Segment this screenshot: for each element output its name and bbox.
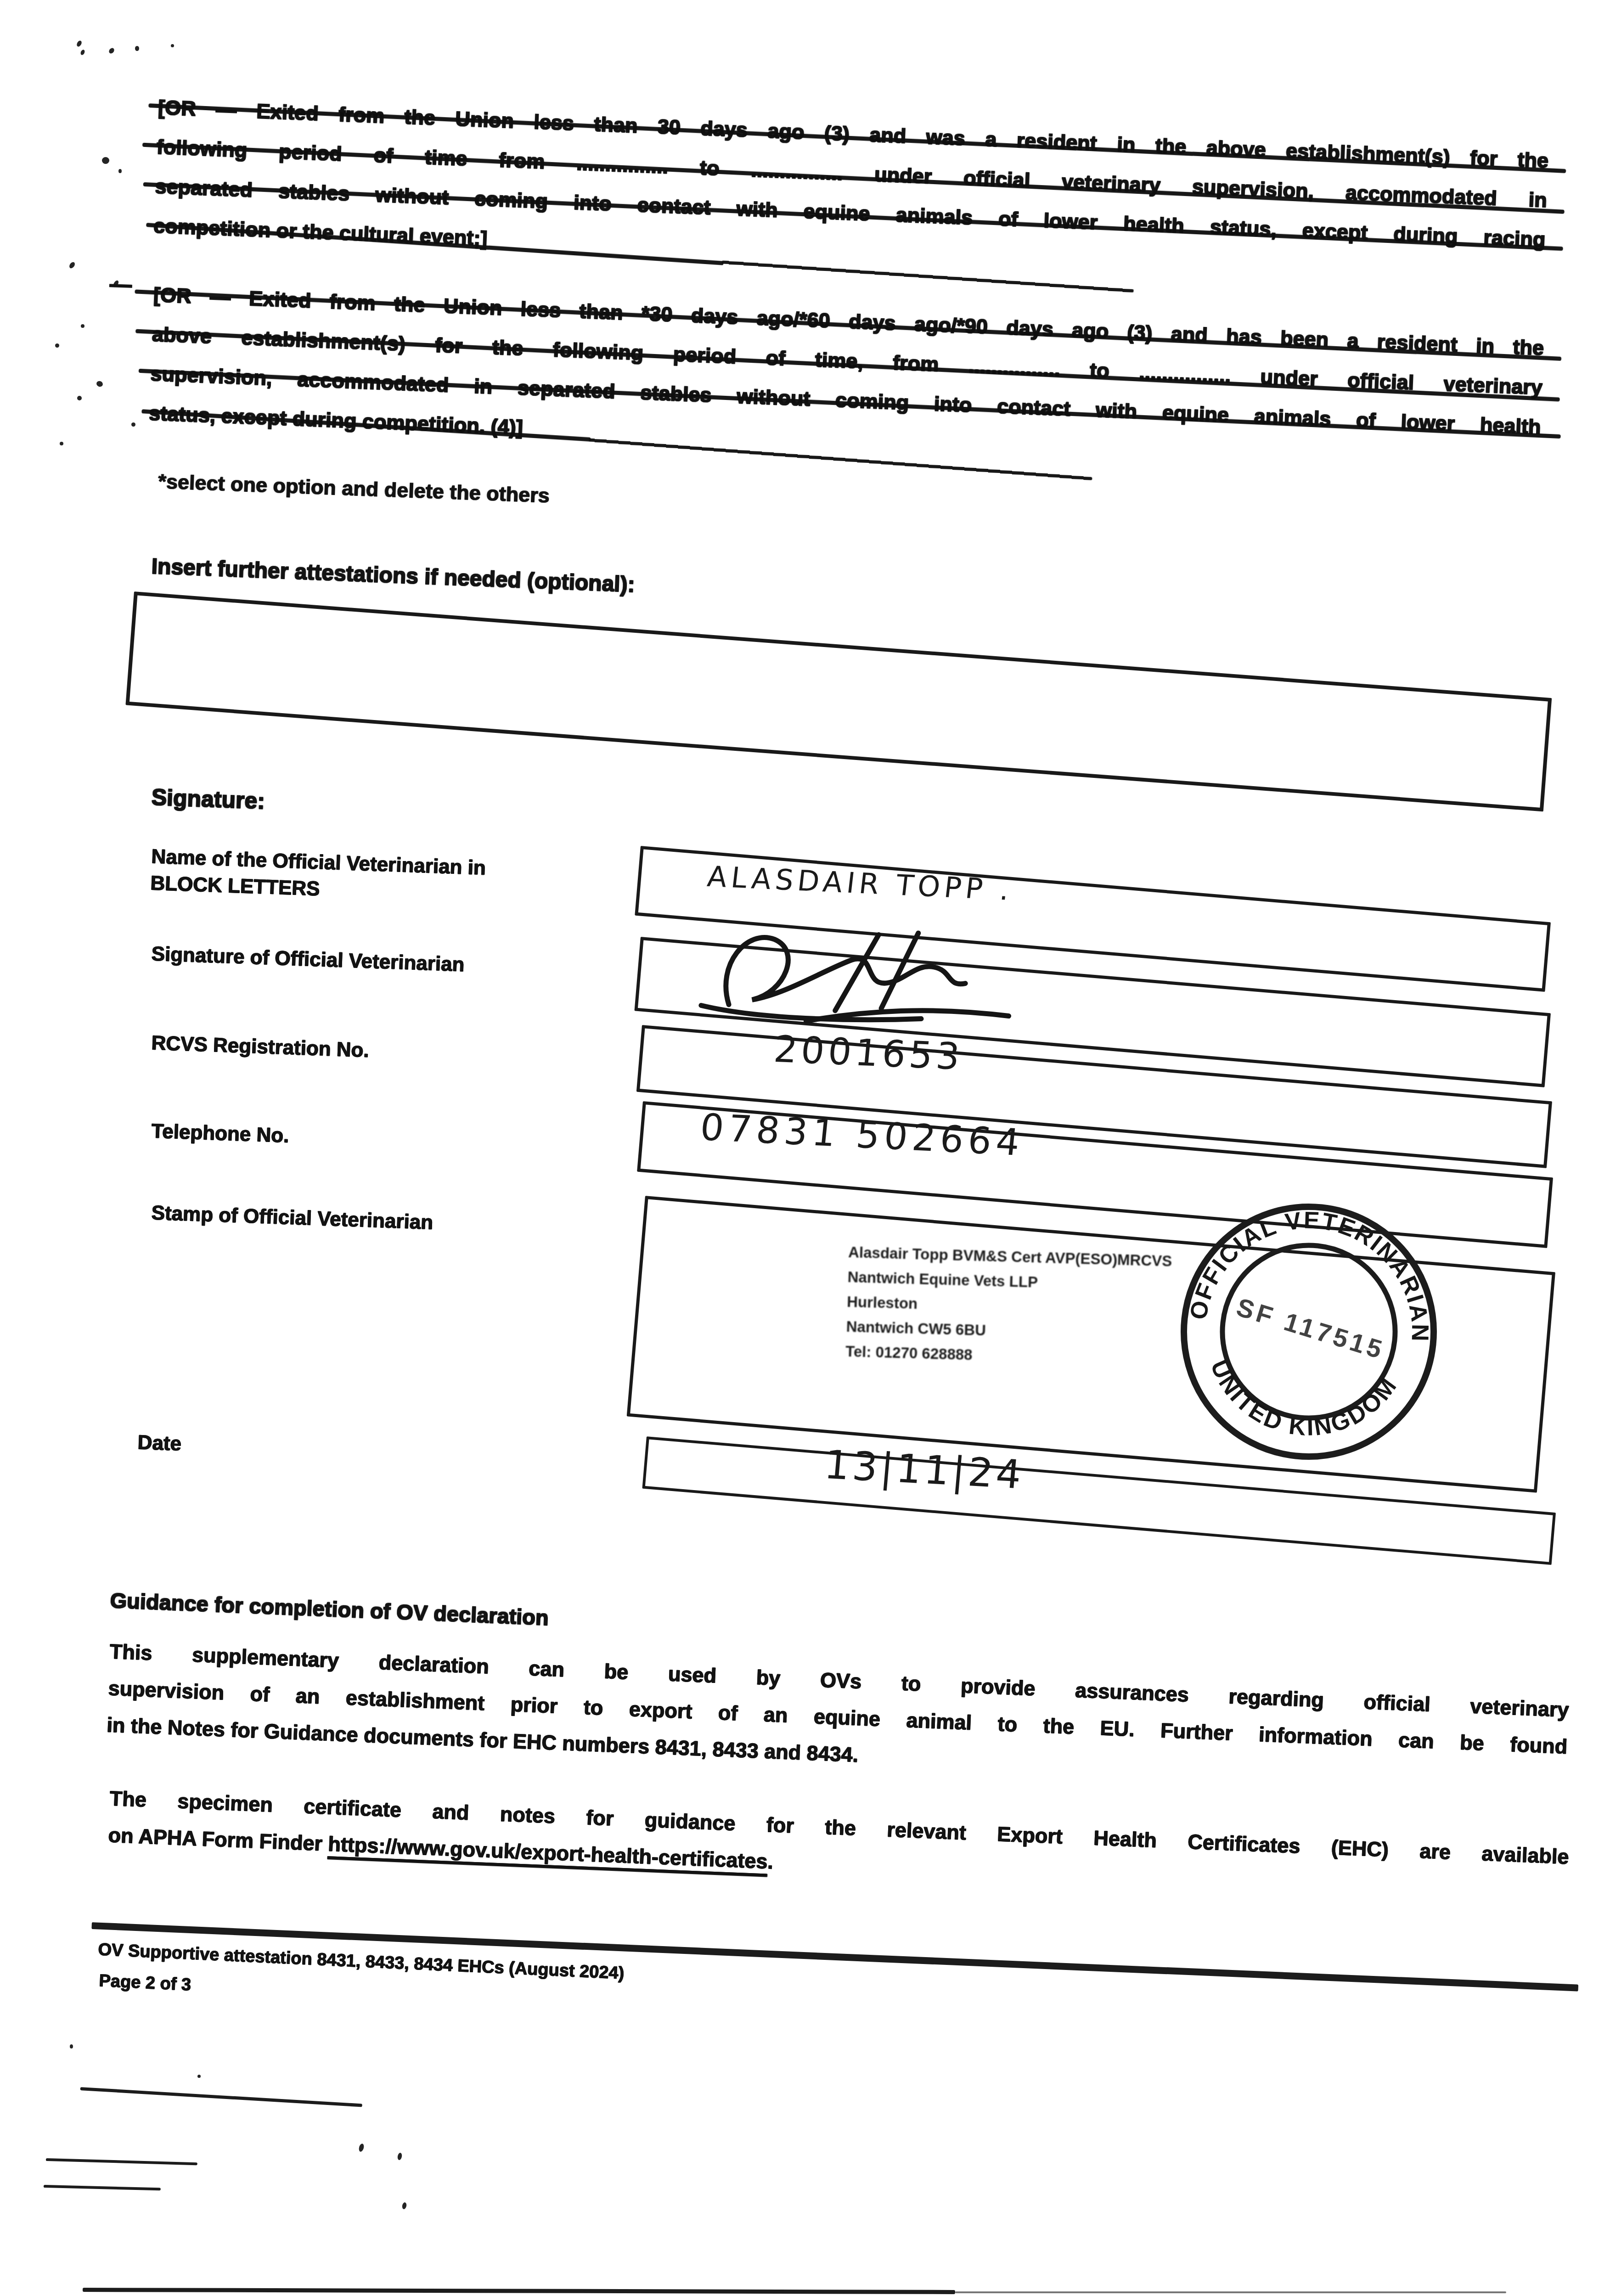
scan-artifact-line xyxy=(44,2185,161,2190)
margin-dash: — xyxy=(109,271,132,298)
guidance-line-prefix: on APHA Form Finder xyxy=(107,1823,328,1855)
further-attestations-box xyxy=(125,591,1552,811)
scan-speck xyxy=(70,2044,73,2048)
signature-heading: Signature: xyxy=(151,783,265,814)
scan-artifact-line xyxy=(80,2087,362,2107)
scan-speck xyxy=(135,46,139,51)
bottom-scan-bar xyxy=(955,2291,1506,2293)
stamp-address: Alasdair Topp BVM&S Cert AVP(ESO)MRCVS N… xyxy=(845,1240,1172,1373)
scan-speck xyxy=(397,2152,402,2161)
scanned-document-page: [OR — Exited from the Union less than 30… xyxy=(0,0,1610,2296)
scan-speck xyxy=(131,422,135,427)
scan-speck xyxy=(77,396,82,400)
scan-speck xyxy=(108,47,115,54)
guidance-heading: Guidance for completion of OV declaratio… xyxy=(109,1587,549,1630)
scan-speck xyxy=(96,380,103,388)
scan-speck xyxy=(358,2143,365,2152)
name-label: Name of the Official Veterinarian in BLO… xyxy=(150,843,486,908)
insert-attestations-heading: Insert further attestations if needed (o… xyxy=(151,553,635,597)
guidance-paragraph-2: The specimen certificate and notes for g… xyxy=(107,1780,1570,1912)
scan-speck xyxy=(118,169,122,173)
official-veterinarian-seal: OFFICIAL VETERINARIAN UNITED KINGDOM SF … xyxy=(1152,1175,1465,1488)
scan-speck xyxy=(68,261,76,269)
scan-speck xyxy=(55,343,59,348)
scan-speck xyxy=(171,44,174,47)
guidance-paragraph-1: This supplementary declaration can be us… xyxy=(106,1633,1569,1801)
guidance-line-suffix: . xyxy=(767,1850,774,1873)
seal-number: SF 117515 xyxy=(1233,1292,1389,1365)
telephone-label: Telephone No. xyxy=(151,1120,289,1147)
rcvs-value: 2001653 xyxy=(772,1028,965,1078)
scan-speck xyxy=(60,442,63,445)
scan-speck xyxy=(402,2202,407,2210)
attestation-option-2: [OR — Exited from the Union less than *3… xyxy=(148,275,1544,486)
bottom-scan-bar xyxy=(83,2288,955,2294)
scan-artifact-line xyxy=(46,2158,197,2165)
scan-speck xyxy=(197,2075,201,2078)
date-label: Date xyxy=(137,1431,181,1455)
scan-speck xyxy=(102,157,109,164)
footer-page-number: Page 2 of 3 xyxy=(98,1971,191,1995)
stamp-label: Stamp of Official Veterinarian xyxy=(151,1201,433,1234)
signature-label: Signature of Official Veterinarian xyxy=(151,942,465,976)
scan-speck xyxy=(76,40,83,48)
scan-speck xyxy=(80,49,85,56)
rcvs-label: RCVS Registration No. xyxy=(151,1031,369,1062)
attestation-option-1: [OR — Exited from the Union less than 30… xyxy=(152,87,1549,298)
select-option-note: *select one option and delete the others xyxy=(158,469,550,507)
scan-speck xyxy=(81,324,84,328)
